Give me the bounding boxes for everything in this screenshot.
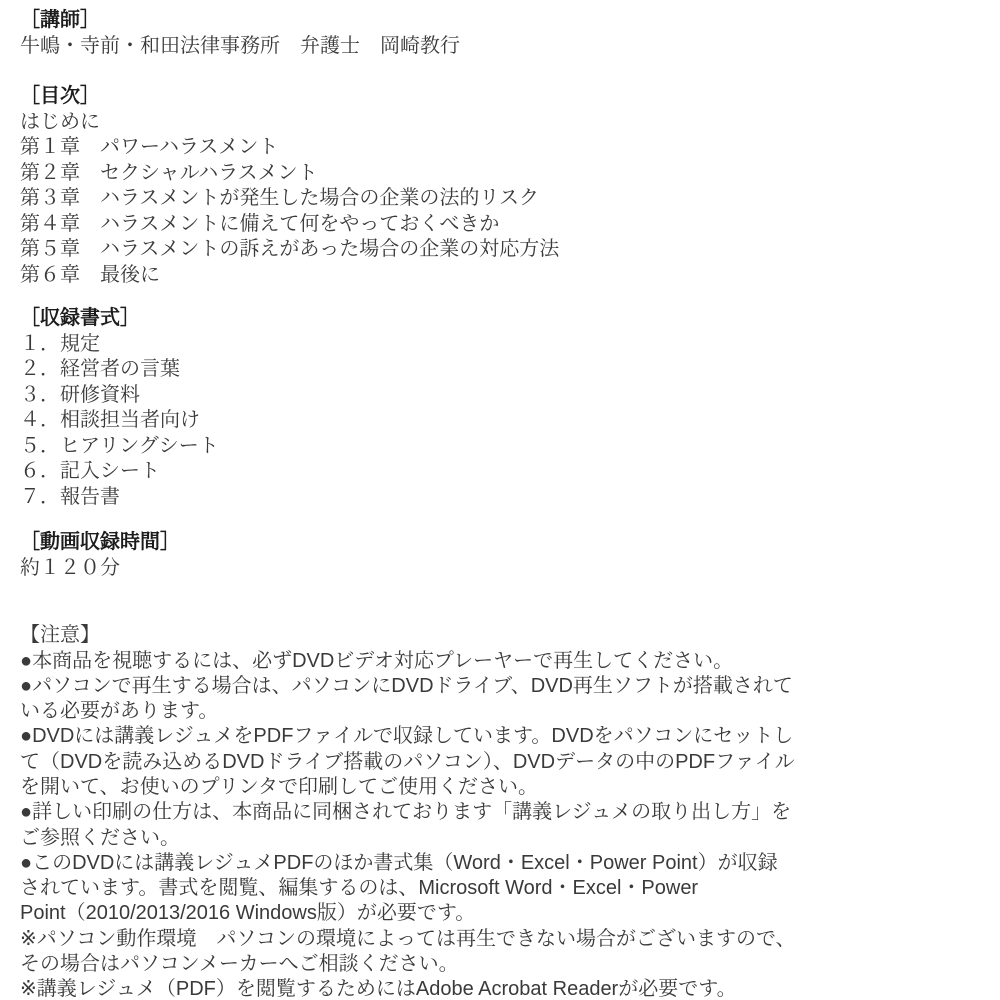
duration-heading: ［動画収録時間］ [20,530,980,556]
section-lecturer: ［講師］ 牛嶋・寺前・和田法律事務所 弁護士 岡崎教行 [20,8,980,59]
notice-line: いる必要があります。 [20,699,980,724]
notice-line: Point（2010/2013/2016 Windows版）が必要です。 [20,901,980,926]
toc-item: 第６章 最後に [20,263,980,289]
notice-heading: 【注意】 [20,623,980,649]
duration-value: 約１２０分 [20,556,980,582]
product-description-document: ［講師］ 牛嶋・寺前・和田法律事務所 弁護士 岡崎教行 ［目次］ はじめに 第１… [0,0,1000,1000]
notice-line: ●パソコンで再生する場合は、パソコンにDVDドライブ、DVD再生ソフトが搭載され… [20,674,980,699]
section-notice: 【注意】 ●本商品を視聴するには、必ずDVDビデオ対応プレーヤーで再生してくださ… [20,623,980,1000]
toc-item: 第５章 ハラスメントの訴えがあった場合の企業の対応方法 [20,237,980,263]
notice-line: ●このDVDには講義レジュメPDFのほか書式集（Word・Excel・Power… [20,851,980,876]
notice-line: を開いて、お使いのプリンタで印刷してご使用ください。 [20,775,980,800]
format-item: ５．ヒアリングシート [20,434,980,460]
format-item: ６．記入シート [20,459,980,485]
toc-item: 第３章 ハラスメントが発生した場合の企業の法的リスク [20,186,980,212]
notice-line: て（DVDを読み込めるDVDドライブ搭載のパソコン）、DVDデータの中のPDFフ… [20,750,980,775]
notice-line: ※講義レジュメ（PDF）を閲覧するためにはAdobe Acrobat Reade… [20,977,980,1000]
section-recorded-formats: ［収録書式］ １．規定 ２．経営者の言葉 ３．研修資料 ４．相談担当者向け ５．… [20,306,980,510]
format-item: ２．経営者の言葉 [20,357,980,383]
notice-line: ●詳しい印刷の仕方は、本商品に同梱されております「講義レジュメの取り出し方」を [20,800,980,825]
notice-line: ●本商品を視聴するには、必ずDVDビデオ対応プレーヤーで再生してください。 [20,649,980,674]
section-table-of-contents: ［目次］ はじめに 第１章 パワーハラスメント 第２章 セクシャルハラスメント … [20,84,980,288]
format-item: ４．相談担当者向け [20,408,980,434]
toc-item: 第２章 セクシャルハラスメント [20,161,980,187]
section-video-duration: ［動画収録時間］ 約１２０分 [20,530,980,581]
lecturer-name: 牛嶋・寺前・和田法律事務所 弁護士 岡崎教行 [20,34,980,60]
toc-heading: ［目次］ [20,84,980,110]
toc-item: 第１章 パワーハラスメント [20,135,980,161]
notice-line: されています。書式を閲覧、編集するのは、Microsoft Word・Excel… [20,876,980,901]
lecturer-heading: ［講師］ [20,8,980,34]
toc-item: 第４章 ハラスメントに備えて何をやっておくべきか [20,212,980,238]
notice-line: その場合はパソコンメーカーへご相談ください。 [20,952,980,977]
notice-line: ●DVDには講義レジュメをPDFファイルで収録しています。DVDをパソコンにセッ… [20,724,980,749]
format-item: ７．報告書 [20,485,980,511]
toc-item: はじめに [20,110,980,136]
notice-line: ご参照ください。 [20,826,980,851]
format-item: ３．研修資料 [20,383,980,409]
format-item: １．規定 [20,332,980,358]
notice-line: ※パソコン動作環境 パソコンの環境によっては再生できない場合がございますので、 [20,927,980,952]
formats-heading: ［収録書式］ [20,306,980,332]
